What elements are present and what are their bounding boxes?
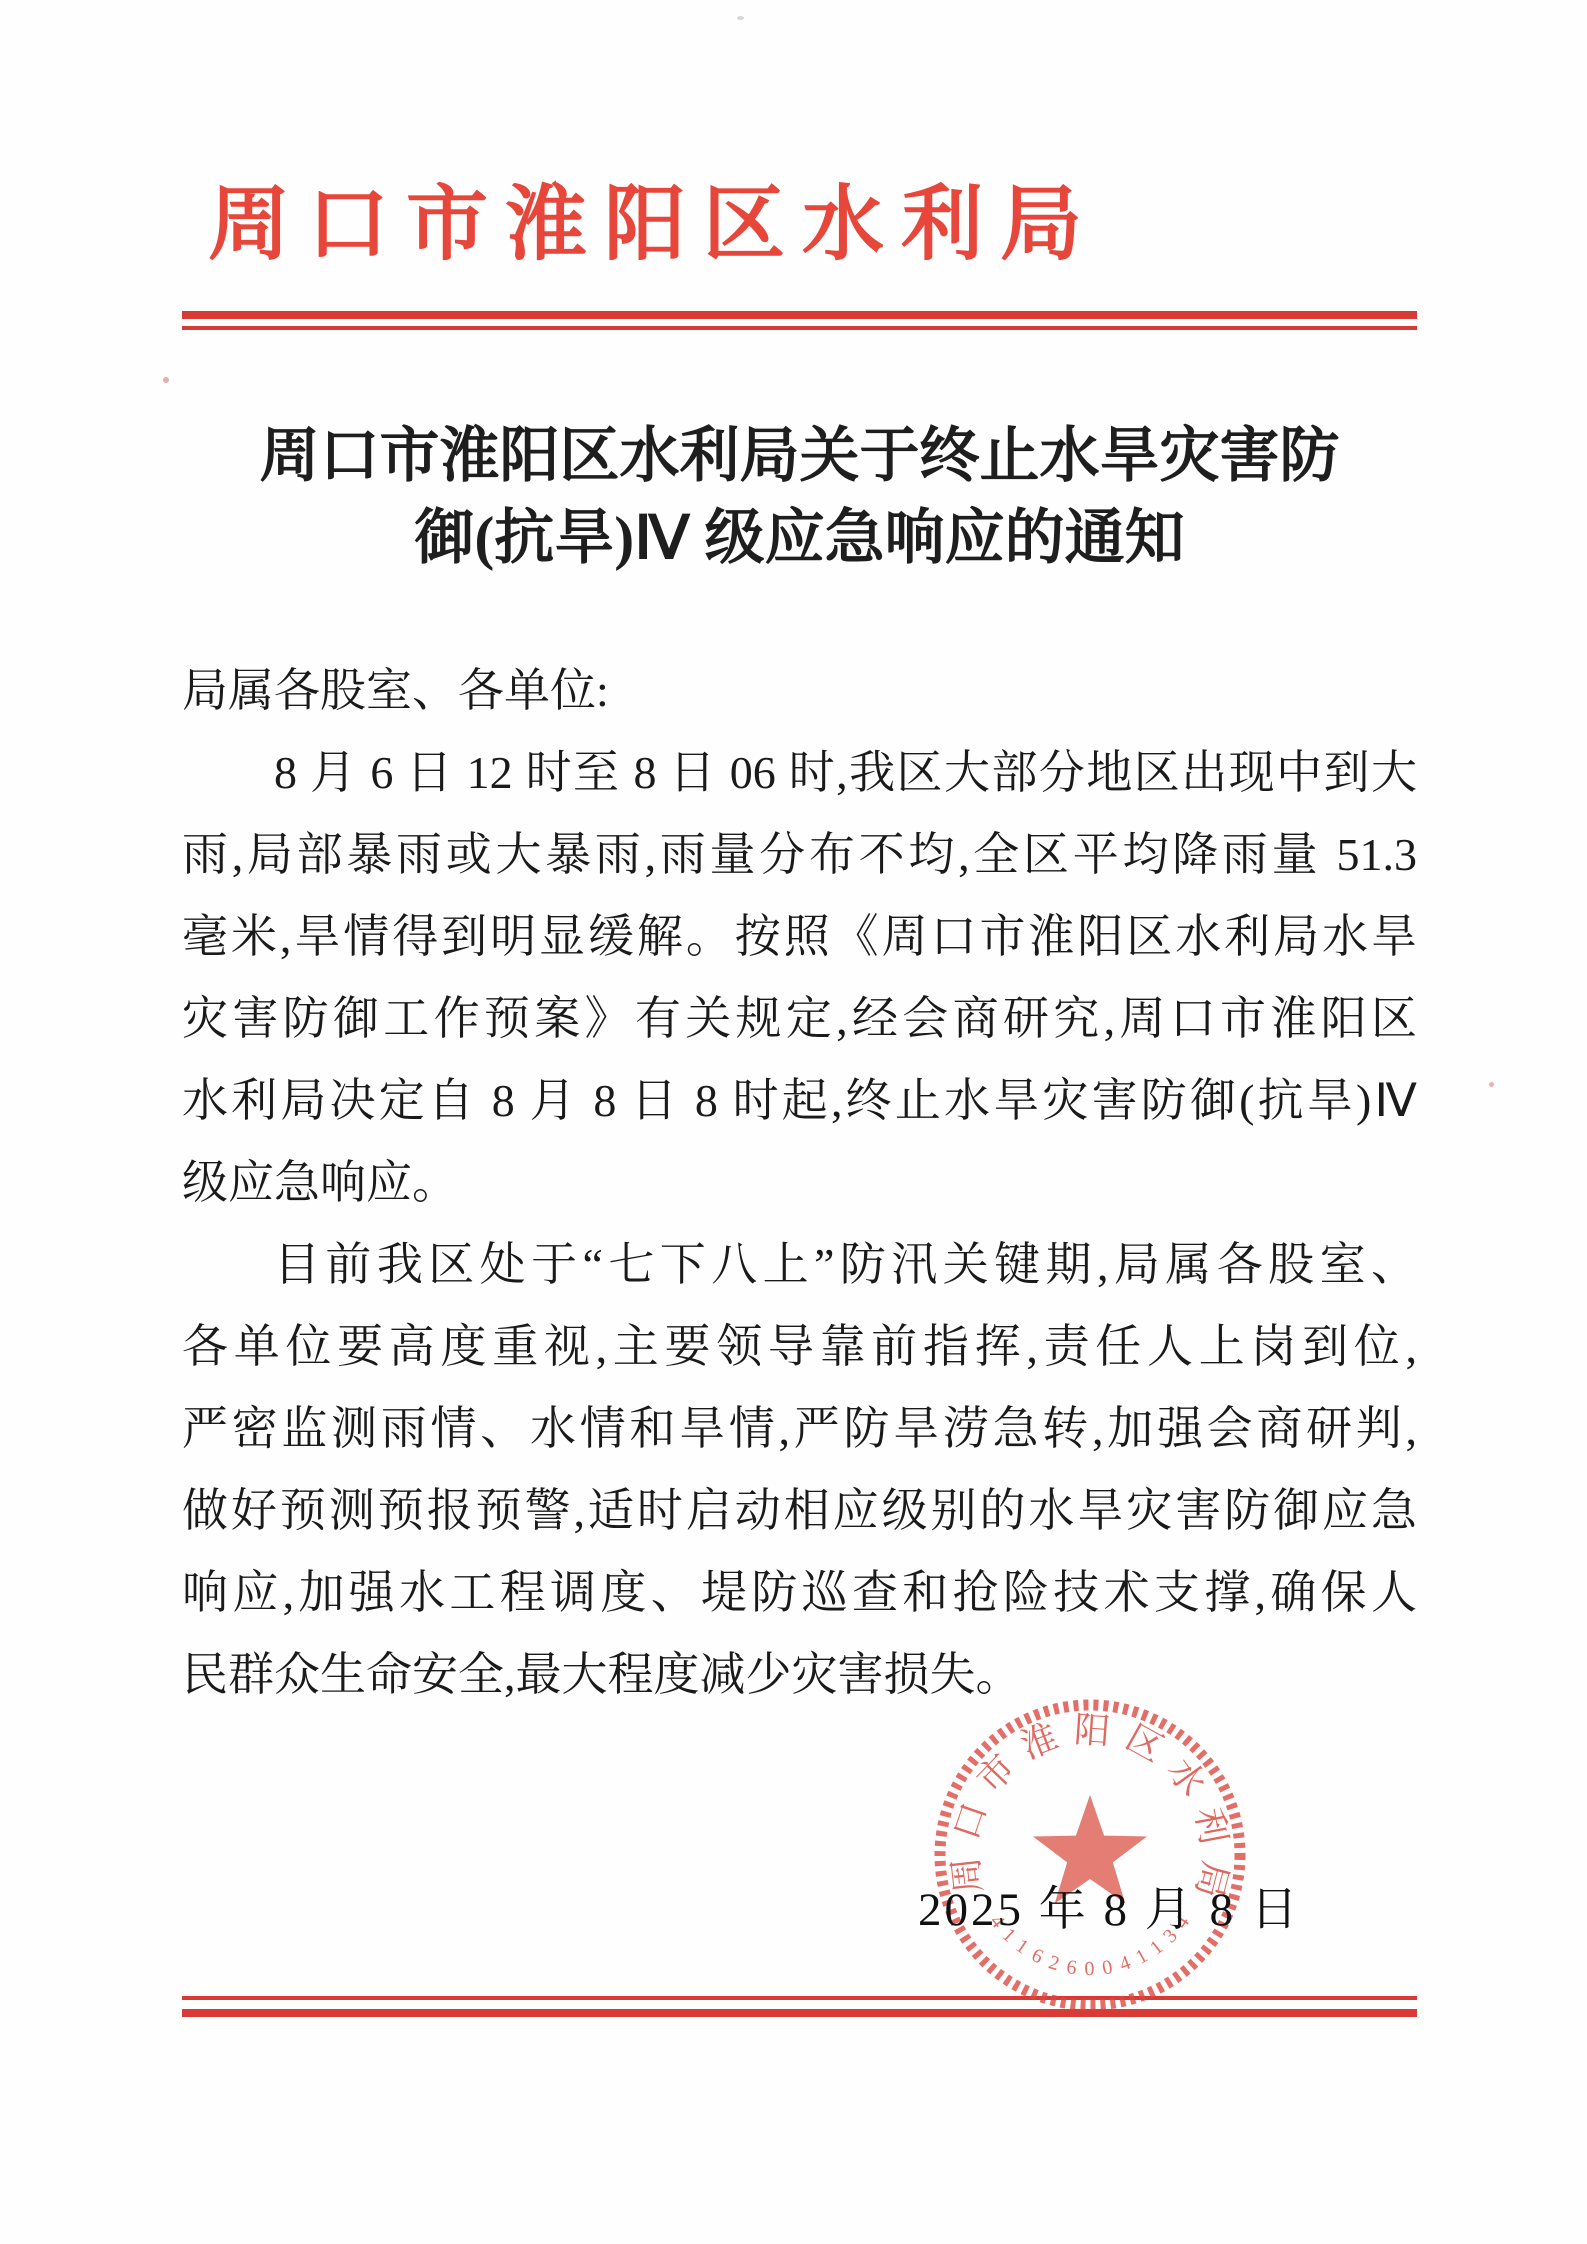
notice-title: 周口市淮阳区水利局关于终止水旱灾害防 御(抗旱)Ⅳ 级应急响应的通知 <box>182 415 1417 579</box>
document-page: 周口市淮阳区水利局 周口市淮阳区水利局关于终止水旱灾害防 御(抗旱)Ⅳ 级应急响… <box>0 0 1587 2244</box>
body-line: 目前我区处于“七下八上”防汛关键期,局属各股室、 <box>182 1224 1417 1306</box>
official-seal: 周口市淮阳区水利局 4116260041134 <box>925 1690 1255 2020</box>
body-line: 级应急响应。 <box>182 1142 1417 1224</box>
body-line: 严密监测雨情、水情和旱情,严防旱涝急转,加强会商研判, <box>182 1388 1417 1470</box>
scan-speck <box>163 377 169 383</box>
notice-title-line-2: 御(抗旱)Ⅳ 级应急响应的通知 <box>182 497 1417 579</box>
notice-title-line-1: 周口市淮阳区水利局关于终止水旱灾害防 <box>182 415 1417 497</box>
header-rule-thick <box>182 311 1417 319</box>
body-line: 灾害防御工作预案》有关规定,经会商研究,周口市淮阳区 <box>182 978 1417 1060</box>
body-line: 毫米,旱情得到明显缓解。按照《周口市淮阳区水利局水旱 <box>182 896 1417 978</box>
issue-date: 2025 年 8 月 8 日 <box>918 1872 1301 1939</box>
notice-body: 局属各股室、各单位: 8 月 6 日 12 时至 8 日 06 时,我区大部分地… <box>182 650 1417 1716</box>
body-line: 8 月 6 日 12 时至 8 日 06 时,我区大部分地区出现中到大 <box>182 732 1417 814</box>
body-line: 做好预测预报预警,适时启动相应级别的水旱灾害防御应急 <box>182 1470 1417 1552</box>
scan-speck <box>1489 1082 1494 1087</box>
scan-speck <box>737 16 744 20</box>
letterhead-org-name: 周口市淮阳区水利局 <box>208 180 1099 270</box>
body-line: 水利局决定自 8 月 8 日 8 时起,终止水旱灾害防御(抗旱)Ⅳ <box>182 1060 1417 1142</box>
body-line: 响应,加强水工程调度、堤防巡查和抢险技术支撑,确保人 <box>182 1552 1417 1634</box>
body-line: 雨,局部暴雨或大暴雨,雨量分布不均,全区平均降雨量 51.3 <box>182 814 1417 896</box>
body-line: 各单位要高度重视,主要领导靠前指挥,责任人上岗到位, <box>182 1306 1417 1388</box>
header-rule-thin <box>182 326 1417 330</box>
salutation: 局属各股室、各单位: <box>182 650 1417 732</box>
